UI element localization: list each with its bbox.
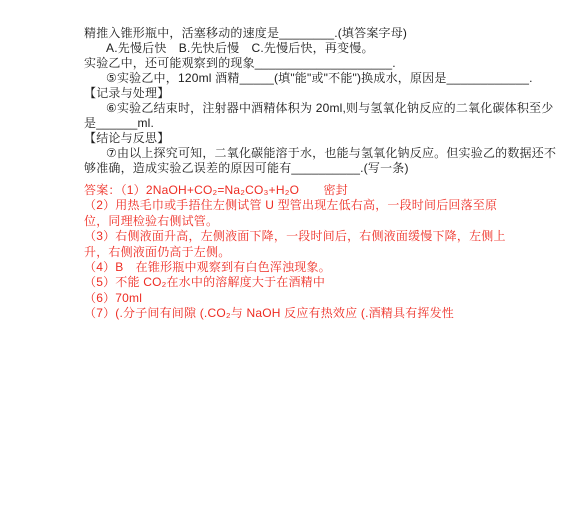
section-heading-record: 【记录与处理】 — [84, 86, 544, 101]
answer-line-3: （3）右侧液面升高，左侧液面下降，一段时间后，右侧液面缓慢下降，左侧上 — [84, 229, 544, 244]
answer-block: 答案：（1）2NaOH+CO₂=Na₂CO₃+H₂O 密封 （2）用热毛巾或手捂… — [84, 183, 544, 322]
question-line-6: ⑥实验乙结束时，注射器中酒精体积为 20ml,则与氢氧化钠反应的二氧化碳体积至少 — [84, 101, 544, 116]
question-line-continuation: 精推入锥形瓶中，活塞移动的速度是________.(填答案字母) — [84, 26, 544, 41]
answer-line-1: 答案：（1）2NaOH+CO₂=Na₂CO₃+H₂O 密封 — [84, 183, 544, 198]
answer-line-5: （5）不能 CO₂在水中的溶解度大于在酒精中 — [84, 275, 544, 290]
question-block: 精推入锥形瓶中，活塞移动的速度是________.(填答案字母) A.先慢后快 … — [84, 26, 544, 176]
answer-line-7: （7）(.分子间有间隙 (.CO₂与 NaOH 反应有热效应 (.酒精具有挥发性 — [84, 306, 544, 321]
question-choices: A.先慢后快 B.先快后慢 C.先慢后快，再变慢。 — [84, 41, 544, 56]
answer-line-6: （6）70ml — [84, 291, 544, 306]
question-line-6-wrap: 是______ml. — [84, 116, 544, 131]
question-line-7-wrap: 够准确，造成实验乙误差的原因可能有__________.(写一条) — [84, 161, 544, 176]
document-page: 精推入锥形瓶中，活塞移动的速度是________.(填答案字母) A.先慢后快 … — [84, 26, 544, 322]
section-heading-conclusion: 【结论与反思】 — [84, 131, 544, 146]
question-line-observation: 实验乙中，还可能观察到的现象____________________. — [84, 56, 544, 71]
answer-line-2-wrap: 位，同理检验右侧试管。 — [84, 214, 544, 229]
answer-line-3-wrap: 升，右侧液面仍高于左侧。 — [84, 245, 544, 260]
question-line-7: ⑦由以上探究可知，二氧化碳能溶于水，也能与氢氧化钠反应。但实验乙的数据还不 — [84, 146, 544, 161]
answer-line-4: （4）B 在锥形瓶中观察到有白色浑浊现象。 — [84, 260, 544, 275]
question-line-5: ⑤实验乙中，120ml 酒精_____(填"能"或"不能")换成水，原因是___… — [84, 71, 544, 86]
answer-line-2: （2）用热毛巾或手捂住左侧试管 U 型管出现左低右高，一段时间后回落至原 — [84, 198, 544, 213]
